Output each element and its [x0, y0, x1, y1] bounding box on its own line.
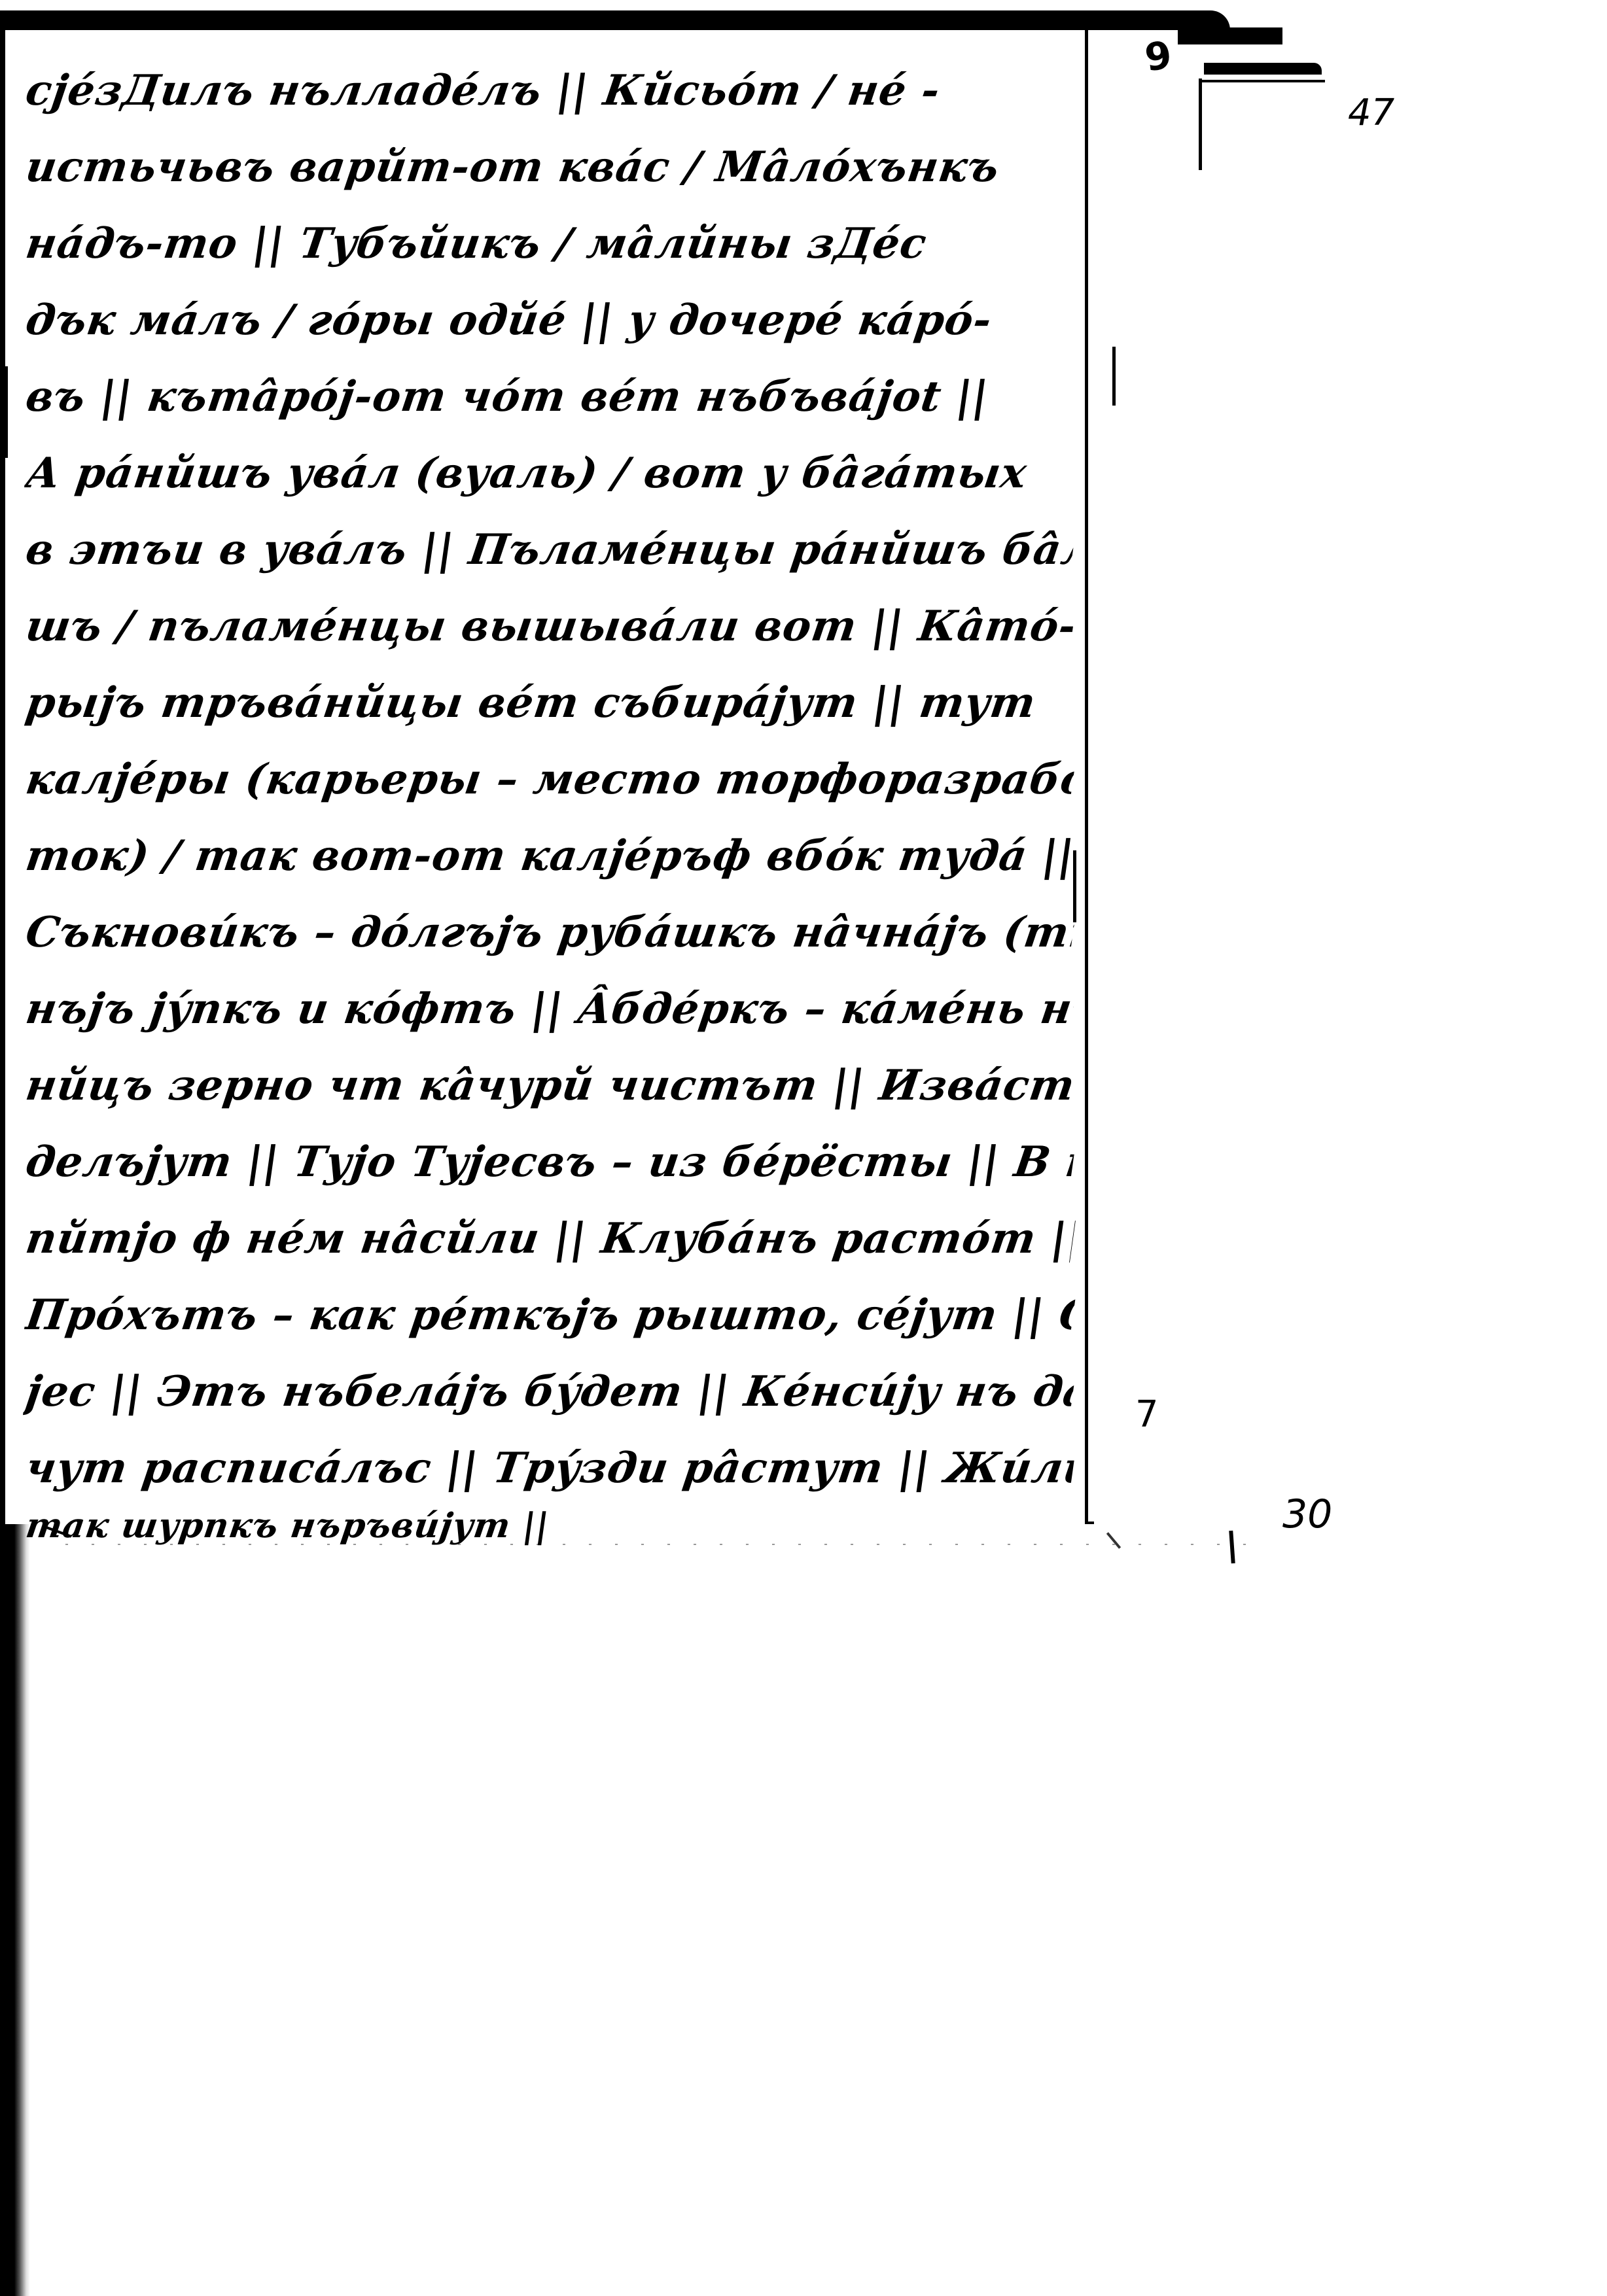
scan-left-shadow: [0, 1524, 30, 2296]
text-line: jeс || Этъ нъбелájъ бýдет || Кéнсújу нъ …: [21, 1353, 1078, 1430]
handwritten-text-block: cjéзДuлъ нълладéлъ || Кйсьóm / нé - исmь…: [26, 52, 1073, 1546]
text-line: в этъи в увáлъ || Пъламéнцы рáнйшъ бâл-: [21, 512, 1078, 588]
page-right-border: [1085, 30, 1088, 1524]
text-line: нйцъ зерно чт кâчурй чистъm || Извáстку: [21, 1047, 1078, 1124]
text-line: Съкновúкъ – дóлгъjъ рубáшкъ нâчнájъ (ткá…: [21, 894, 1078, 971]
text-line: нъjъ jýпкъ и кóфтъ || Âбдéркъ – кáмéнь н…: [21, 971, 1078, 1047]
page-corner-tick: [1085, 1522, 1094, 1524]
page-number-top: 9: [1142, 33, 1174, 80]
text-line: исmьчьвъ варйm-от квác / Мâлóхънкъ: [21, 129, 1078, 205]
page-number-top-right: 47: [1348, 92, 1394, 134]
second-sheet-top-line: [1201, 80, 1325, 82]
text-line: чут расписáлъс || Трýзди рâстут || Жúлиб…: [21, 1430, 1078, 1506]
text-line: пйтjо ф нéм нâсйли || Клубáнъ растóт ||: [21, 1200, 1078, 1277]
second-sheet-left-border: [1199, 78, 1202, 170]
scan-mark: [1229, 1531, 1235, 1563]
scan-mark: [1106, 1532, 1121, 1549]
page-number-bottom-small: 7: [1135, 1393, 1159, 1436]
text-line: Прóхътъ – как рéткъjъ рышто, сéjут || Сй…: [21, 1277, 1078, 1353]
text-line: рыjъ тръвáнйцы вéт събирájут || тут: [21, 665, 1078, 741]
text-line: дък мáлъ / гóры одйé || у дочерé кáрó-: [21, 282, 1078, 358]
text-line: cjéзДuлъ нълладéлъ || Кйсьóm / нé -: [21, 52, 1078, 129]
page-number-bottom-right: 30: [1282, 1491, 1332, 1537]
text-line-last: так шурпкъ нъpъвújут ||: [24, 1506, 1076, 1546]
margin-bracket-mark: [1112, 347, 1116, 406]
page-left-border: [0, 30, 5, 1528]
margin-bracket-mark: [5, 366, 8, 458]
scan-top-tab: [1178, 27, 1282, 44]
text-line: нáдъ-то || Тyбъйuкъ / мâлйны зДéс: [21, 205, 1078, 282]
text-line: калjéры (карьеры – место торфоразрабо-: [21, 741, 1078, 818]
text-line: дeлъjут || Туjo Тyjecвъ – из бéрёсты || …: [21, 1124, 1078, 1200]
text-line: ток) / так вот-от калjéръф вбóк тудá ||: [21, 818, 1078, 894]
text-line: А рáнйшъ увáл (вуаль) / вот у бâгáтых: [21, 435, 1078, 512]
scan-top-edge: [0, 10, 1230, 30]
text-line: въ || къmâрój-от чóт вéт нъбъвájot ||: [21, 358, 1078, 435]
second-sheet-top-edge: [1204, 63, 1322, 75]
text-line: шъ / пъламéнцы вышывáли вот || Кâтó-: [21, 588, 1078, 665]
